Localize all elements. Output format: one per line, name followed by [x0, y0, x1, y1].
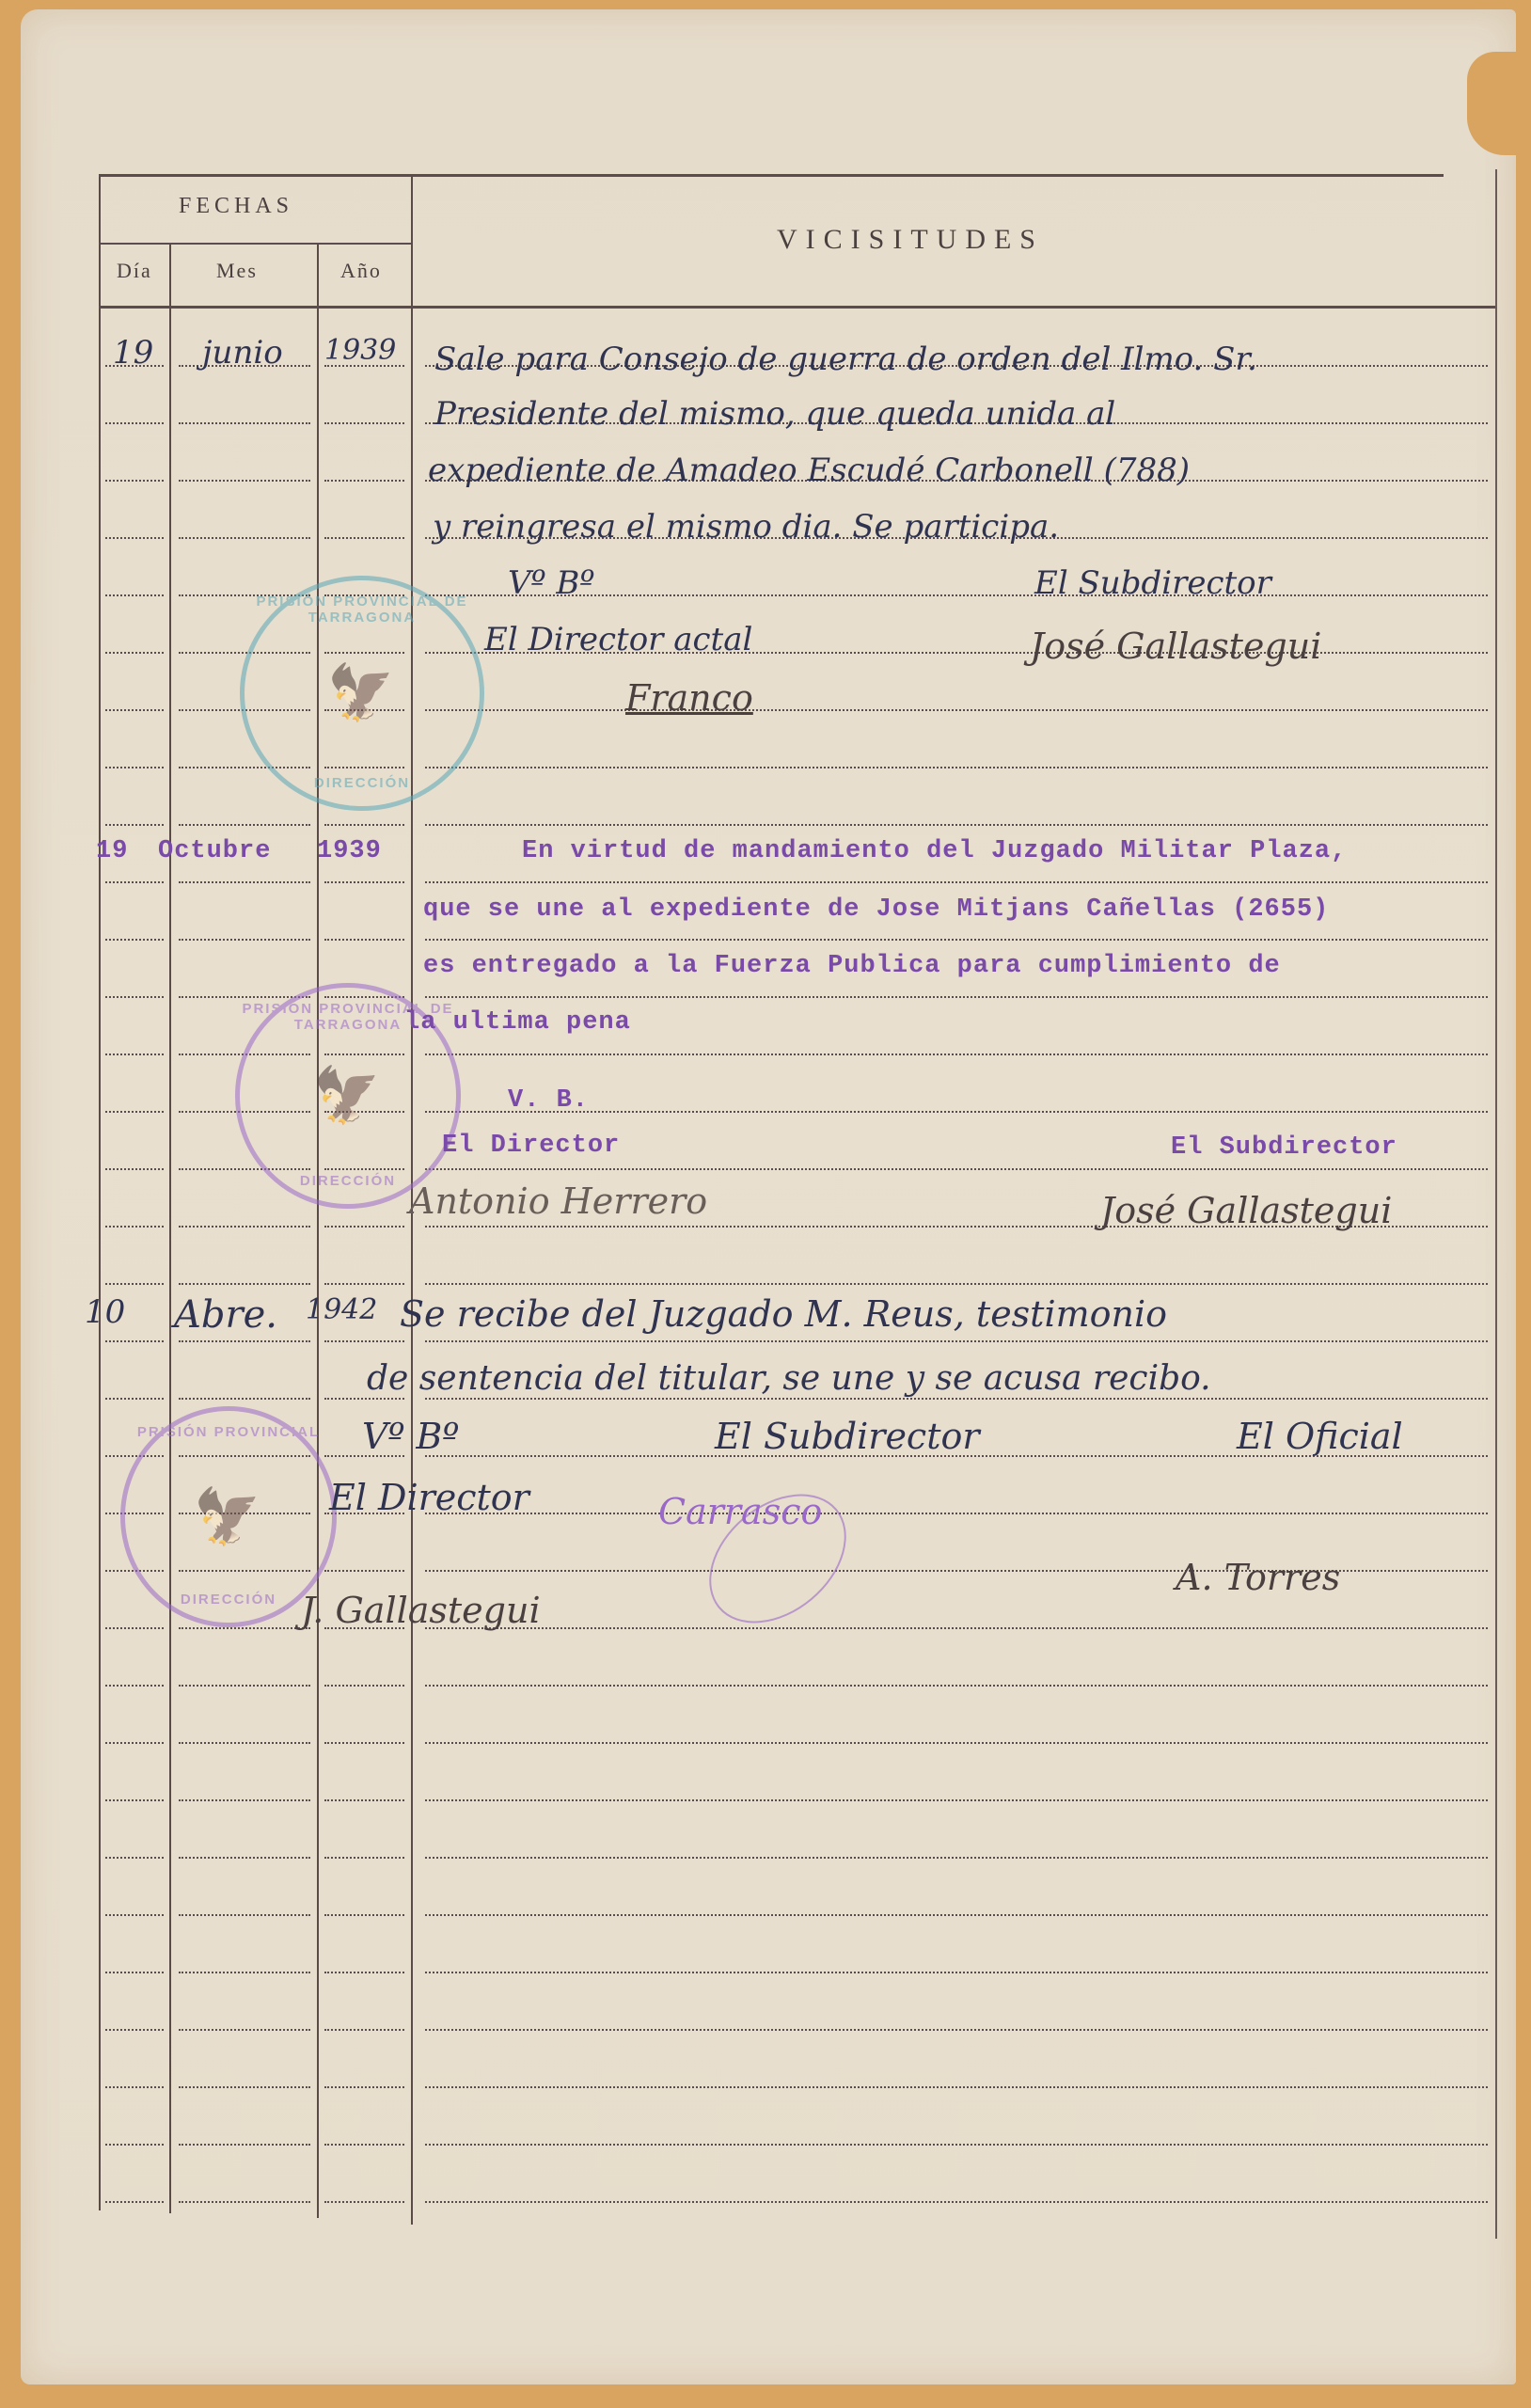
ruled-line: [425, 2029, 1488, 2031]
entry-date-month: Octubre: [158, 837, 271, 865]
ruled-line: [179, 1799, 310, 1801]
ruled-line: [425, 2201, 1488, 2203]
director-signature: J. Gallastegui: [301, 1590, 541, 1631]
entry-text-line: Sale para Consejo de guerra de orden del…: [434, 341, 1257, 378]
ruled-line: [324, 2086, 404, 2088]
ruled-line: [425, 2086, 1488, 2088]
ruled-line: [425, 1283, 1488, 1285]
ruled-line: [324, 1226, 404, 1228]
ruled-line: [105, 1799, 164, 1801]
ruled-line: [324, 1283, 404, 1285]
ruled-line: [105, 422, 164, 424]
entry-text-line: En virtud de mandamiento del Juzgado Mil…: [522, 837, 1347, 865]
ruled-line: [105, 1340, 164, 1342]
ruled-line: [324, 422, 404, 424]
entry-text-line: y reingresa el mismo dia. Se participa.: [433, 508, 1059, 546]
visto-bueno: Vº Bº: [508, 564, 594, 602]
ruled-line: [105, 594, 164, 596]
ruled-line: [105, 996, 164, 998]
ruled-line: [324, 824, 404, 826]
ruled-line: [105, 2144, 164, 2146]
ruled-line: [105, 2201, 164, 2203]
ruled-line: [105, 480, 164, 482]
ruled-line: [324, 1340, 404, 1342]
ruled-line: [179, 422, 310, 424]
entry-date-year: 1939: [317, 837, 382, 865]
ruled-line: [179, 1914, 310, 1916]
ruled-line: [425, 709, 1488, 711]
ruled-line: [105, 1111, 164, 1113]
entry-date-month: Abre.: [174, 1293, 277, 1337]
ruled-line: [179, 2144, 310, 2146]
ruled-line: [105, 1168, 164, 1170]
ruled-line: [179, 824, 310, 826]
ruled-line: [324, 1570, 404, 1572]
entry-text-line: que se une al expediente de Jose Mitjans…: [423, 895, 1329, 924]
ruled-line: [425, 1340, 1488, 1342]
ruled-line: [324, 939, 404, 941]
ruled-line: [105, 1053, 164, 1055]
entry-date-year: 1939: [324, 334, 396, 367]
mes-column-header: Mes: [216, 259, 258, 283]
ruled-line: [324, 2144, 404, 2146]
ruled-line: [425, 881, 1488, 883]
ruled-line: [105, 1857, 164, 1859]
ruled-line: [324, 480, 404, 482]
ruled-line: [179, 1226, 310, 1228]
ruled-line: [425, 1513, 1488, 1514]
oficial-signature: A. Torres: [1176, 1557, 1340, 1598]
ruled-line: [324, 2201, 404, 2203]
ruled-line: [425, 1168, 1488, 1170]
ruled-line: [425, 1398, 1488, 1400]
eagle-emblem-icon: 🦅: [327, 666, 397, 721]
entry-date-day: 19: [113, 334, 153, 372]
director-label: El Director: [329, 1477, 529, 1518]
ruled-line: [105, 1627, 164, 1629]
ruled-line: [179, 1857, 310, 1859]
ruled-line: [179, 480, 310, 482]
ruled-line: [425, 767, 1488, 768]
ruled-line: [179, 1398, 310, 1400]
entry-text-line: es entregado a la Fuerza Publica para cu…: [423, 952, 1281, 980]
ruled-line: [324, 1914, 404, 1916]
oficial-label: El Oficial: [1237, 1416, 1403, 1457]
dia-mes-divider: [169, 243, 171, 2213]
ruled-line: [105, 1914, 164, 1916]
entry-text-line: expediente de Amadeo Escudé Carbonell (7…: [428, 451, 1190, 489]
ruled-line: [179, 1972, 310, 1973]
ruled-line: [105, 1742, 164, 1744]
ruled-line: [105, 2029, 164, 2031]
header-top-rule: [99, 174, 1444, 177]
ruled-line: [105, 1398, 164, 1400]
ruled-line: [179, 1283, 310, 1285]
ruled-line: [324, 537, 404, 539]
ruled-line: [324, 1799, 404, 1801]
entry-date-day: 10: [85, 1293, 125, 1331]
ruled-line: [425, 939, 1488, 941]
ruled-line: [105, 709, 164, 711]
subdirector-label: El Subdirector: [715, 1416, 980, 1457]
ruled-line: [179, 2201, 310, 2203]
ruled-line: [324, 1972, 404, 1973]
ano-column-header: Año: [340, 259, 382, 283]
ruled-line: [105, 537, 164, 539]
subdirector-signature: José Gallastegui: [1100, 1190, 1392, 1231]
entry-text-line: de sentencia del titular, se une y se ac…: [367, 1359, 1211, 1398]
prison-stamp: PRISIÓN PROVINCIAL DE TARRAGONA 🦅 DIRECC…: [240, 576, 484, 811]
eagle-emblem-icon: 🦅: [194, 1490, 263, 1545]
ruled-line: [179, 1742, 310, 1744]
mes-ano-divider: [317, 243, 319, 2218]
ruled-line: [324, 1398, 404, 1400]
ruled-line: [324, 2029, 404, 2031]
ruled-line: [425, 1742, 1488, 1744]
subdirector-signature: José Gallastegui: [1030, 626, 1321, 667]
ruled-line: [105, 1685, 164, 1687]
ruled-line: [179, 881, 310, 883]
entry-text-line: Se recibe del Juzgado M. Reus, testimoni…: [400, 1293, 1167, 1335]
director-label: El Director actal: [484, 621, 752, 658]
entry-date-year: 1942: [306, 1293, 377, 1326]
ruled-line: [179, 2086, 310, 2088]
ruled-line: [105, 652, 164, 654]
subdirector-label: El Subdirector: [1171, 1133, 1397, 1162]
dia-column-header: Día: [117, 259, 152, 283]
ruled-line: [425, 1627, 1488, 1629]
ruled-line: [179, 2029, 310, 2031]
ruled-line: [425, 1972, 1488, 1973]
header-bottom-rule: [99, 306, 1495, 309]
ruled-line: [105, 939, 164, 941]
entry-text-line: Presidente del mismo, que queda unida al: [434, 395, 1115, 433]
ruled-line: [105, 1283, 164, 1285]
ruled-line: [105, 1972, 164, 1973]
director-label: El Director: [442, 1132, 620, 1160]
eagle-emblem-icon: 🦅: [313, 1069, 383, 1123]
ruled-line: [324, 1742, 404, 1744]
director-signature: Antonio Herrero: [409, 1180, 707, 1222]
fechas-subrule: [99, 243, 411, 245]
vicisitudes-heading: VICISITUDES: [777, 224, 1044, 256]
ruled-line: [179, 537, 310, 539]
ruled-line: [105, 881, 164, 883]
ruled-line: [105, 1226, 164, 1228]
ruled-line: [179, 939, 310, 941]
ruled-line: [324, 1857, 404, 1859]
ruled-line: [425, 2144, 1488, 2146]
ruled-line: [179, 1685, 310, 1687]
subdirector-label: El Subdirector: [1034, 564, 1271, 602]
visto-bueno: V. B.: [508, 1086, 589, 1115]
entry-text-line: la ultima pena: [404, 1008, 631, 1037]
ruled-line: [324, 881, 404, 883]
ruled-line: [425, 1685, 1488, 1687]
entry-date-day: 19: [96, 837, 128, 865]
entry-date-month: junio: [202, 334, 283, 372]
table-right-border: [1495, 169, 1497, 2239]
ruled-line: [425, 1799, 1488, 1801]
torn-corner: [1467, 52, 1531, 155]
ruled-line: [425, 1914, 1488, 1916]
ruled-line: [425, 1053, 1488, 1055]
director-signature: Franco: [625, 677, 753, 719]
ruled-line: [425, 824, 1488, 826]
ruled-line: [179, 1340, 310, 1342]
ruled-line: [105, 767, 164, 768]
ruled-line: [105, 824, 164, 826]
fechas-heading: FECHAS: [179, 194, 293, 219]
visto-bueno: Vº Bº: [362, 1416, 459, 1457]
ruled-line: [179, 1627, 310, 1629]
table-left-border: [99, 174, 101, 2210]
ruled-line: [105, 2086, 164, 2088]
ruled-line: [324, 1685, 404, 1687]
ruled-line: [425, 1857, 1488, 1859]
ruled-line: [425, 996, 1488, 998]
